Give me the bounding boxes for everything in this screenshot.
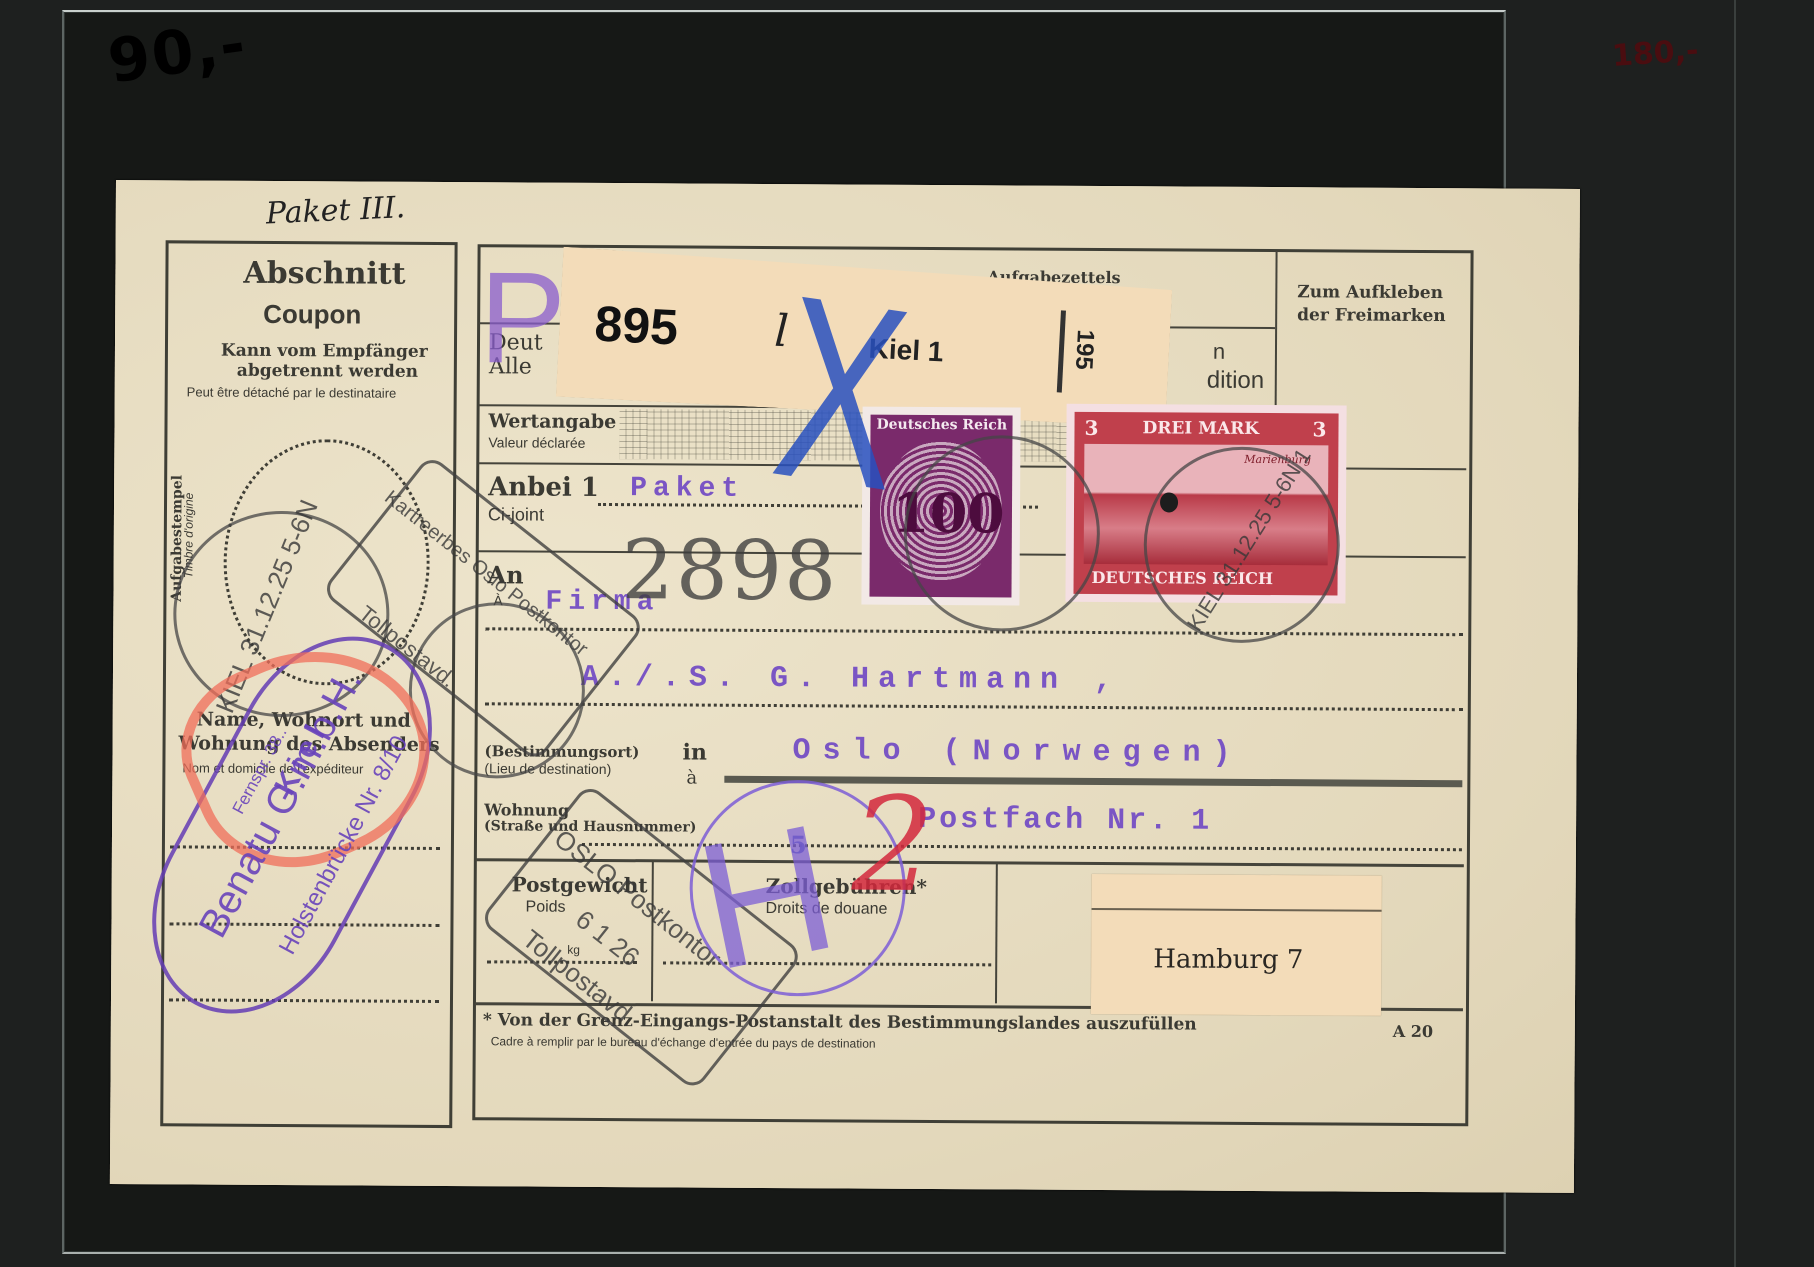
row-right-1: n: [1213, 339, 1225, 365]
in-label-fr: à: [686, 767, 697, 788]
residence-label-de: Wohnung: [484, 800, 569, 820]
form-code: A 20: [1393, 1022, 1433, 1041]
stamp-3-value-right: 3: [1312, 417, 1326, 441]
declared-value-label-fr: Valeur déclarée: [488, 434, 585, 451]
coupon-note-fr: Peut être détaché par le destinataire: [187, 384, 397, 400]
sleeve-edge: [1734, 0, 1736, 1267]
stamp-3-value-left: 3: [1084, 416, 1098, 440]
in-label-de: in: [682, 739, 707, 765]
oslo-round-postmark: [408, 602, 585, 779]
enclosed-value: Paket: [630, 473, 744, 505]
addressee-line-2: A./.S. G. Hartmann ,: [581, 661, 1121, 698]
row-right-2: dition: [1207, 367, 1265, 395]
parcel-side-number: 195: [1069, 329, 1099, 370]
routing-label-text: Hamburg 7: [1153, 944, 1303, 975]
coupon-note-de-1: Kann vom Empfänger: [221, 341, 428, 362]
kiel-postmark-stamp-1: [903, 435, 1100, 632]
coupon-subtitle: Coupon: [263, 299, 361, 331]
coupon-title: Abschnitt: [243, 256, 405, 292]
routing-label: Hamburg 7: [1091, 874, 1382, 1016]
enclosed-label-de: Anbei 1: [488, 472, 599, 503]
stamp-3-top-text: DREI MARK: [1142, 418, 1259, 439]
coupon-note-de-2: abgetrennt werden: [237, 361, 418, 382]
handwritten-note: Paket III.: [265, 190, 406, 231]
violet-circle-number: 5: [790, 830, 807, 859]
stamps-box-label-2: der Freimarken: [1297, 305, 1446, 326]
routing-label-rule: [1092, 908, 1382, 912]
violet-p-marking: P: [479, 242, 567, 393]
parcel-label-bar: [1057, 310, 1066, 392]
destination-value: Oslo (Norwegen): [792, 734, 1242, 771]
pencil-price-right: 180,-: [1611, 33, 1700, 74]
parcel-number: 895: [593, 294, 679, 356]
residence-value: Postfach Nr. 1: [918, 803, 1212, 839]
red-crayon-mark: 2: [851, 769, 935, 922]
stamps-box-label-1: Zum Aufkleben: [1297, 282, 1443, 303]
declared-value-label-de: Wertangabe: [488, 410, 616, 433]
parcel-card: Paket III. Abschnitt Coupon Kann vom Emp…: [110, 180, 1580, 1193]
